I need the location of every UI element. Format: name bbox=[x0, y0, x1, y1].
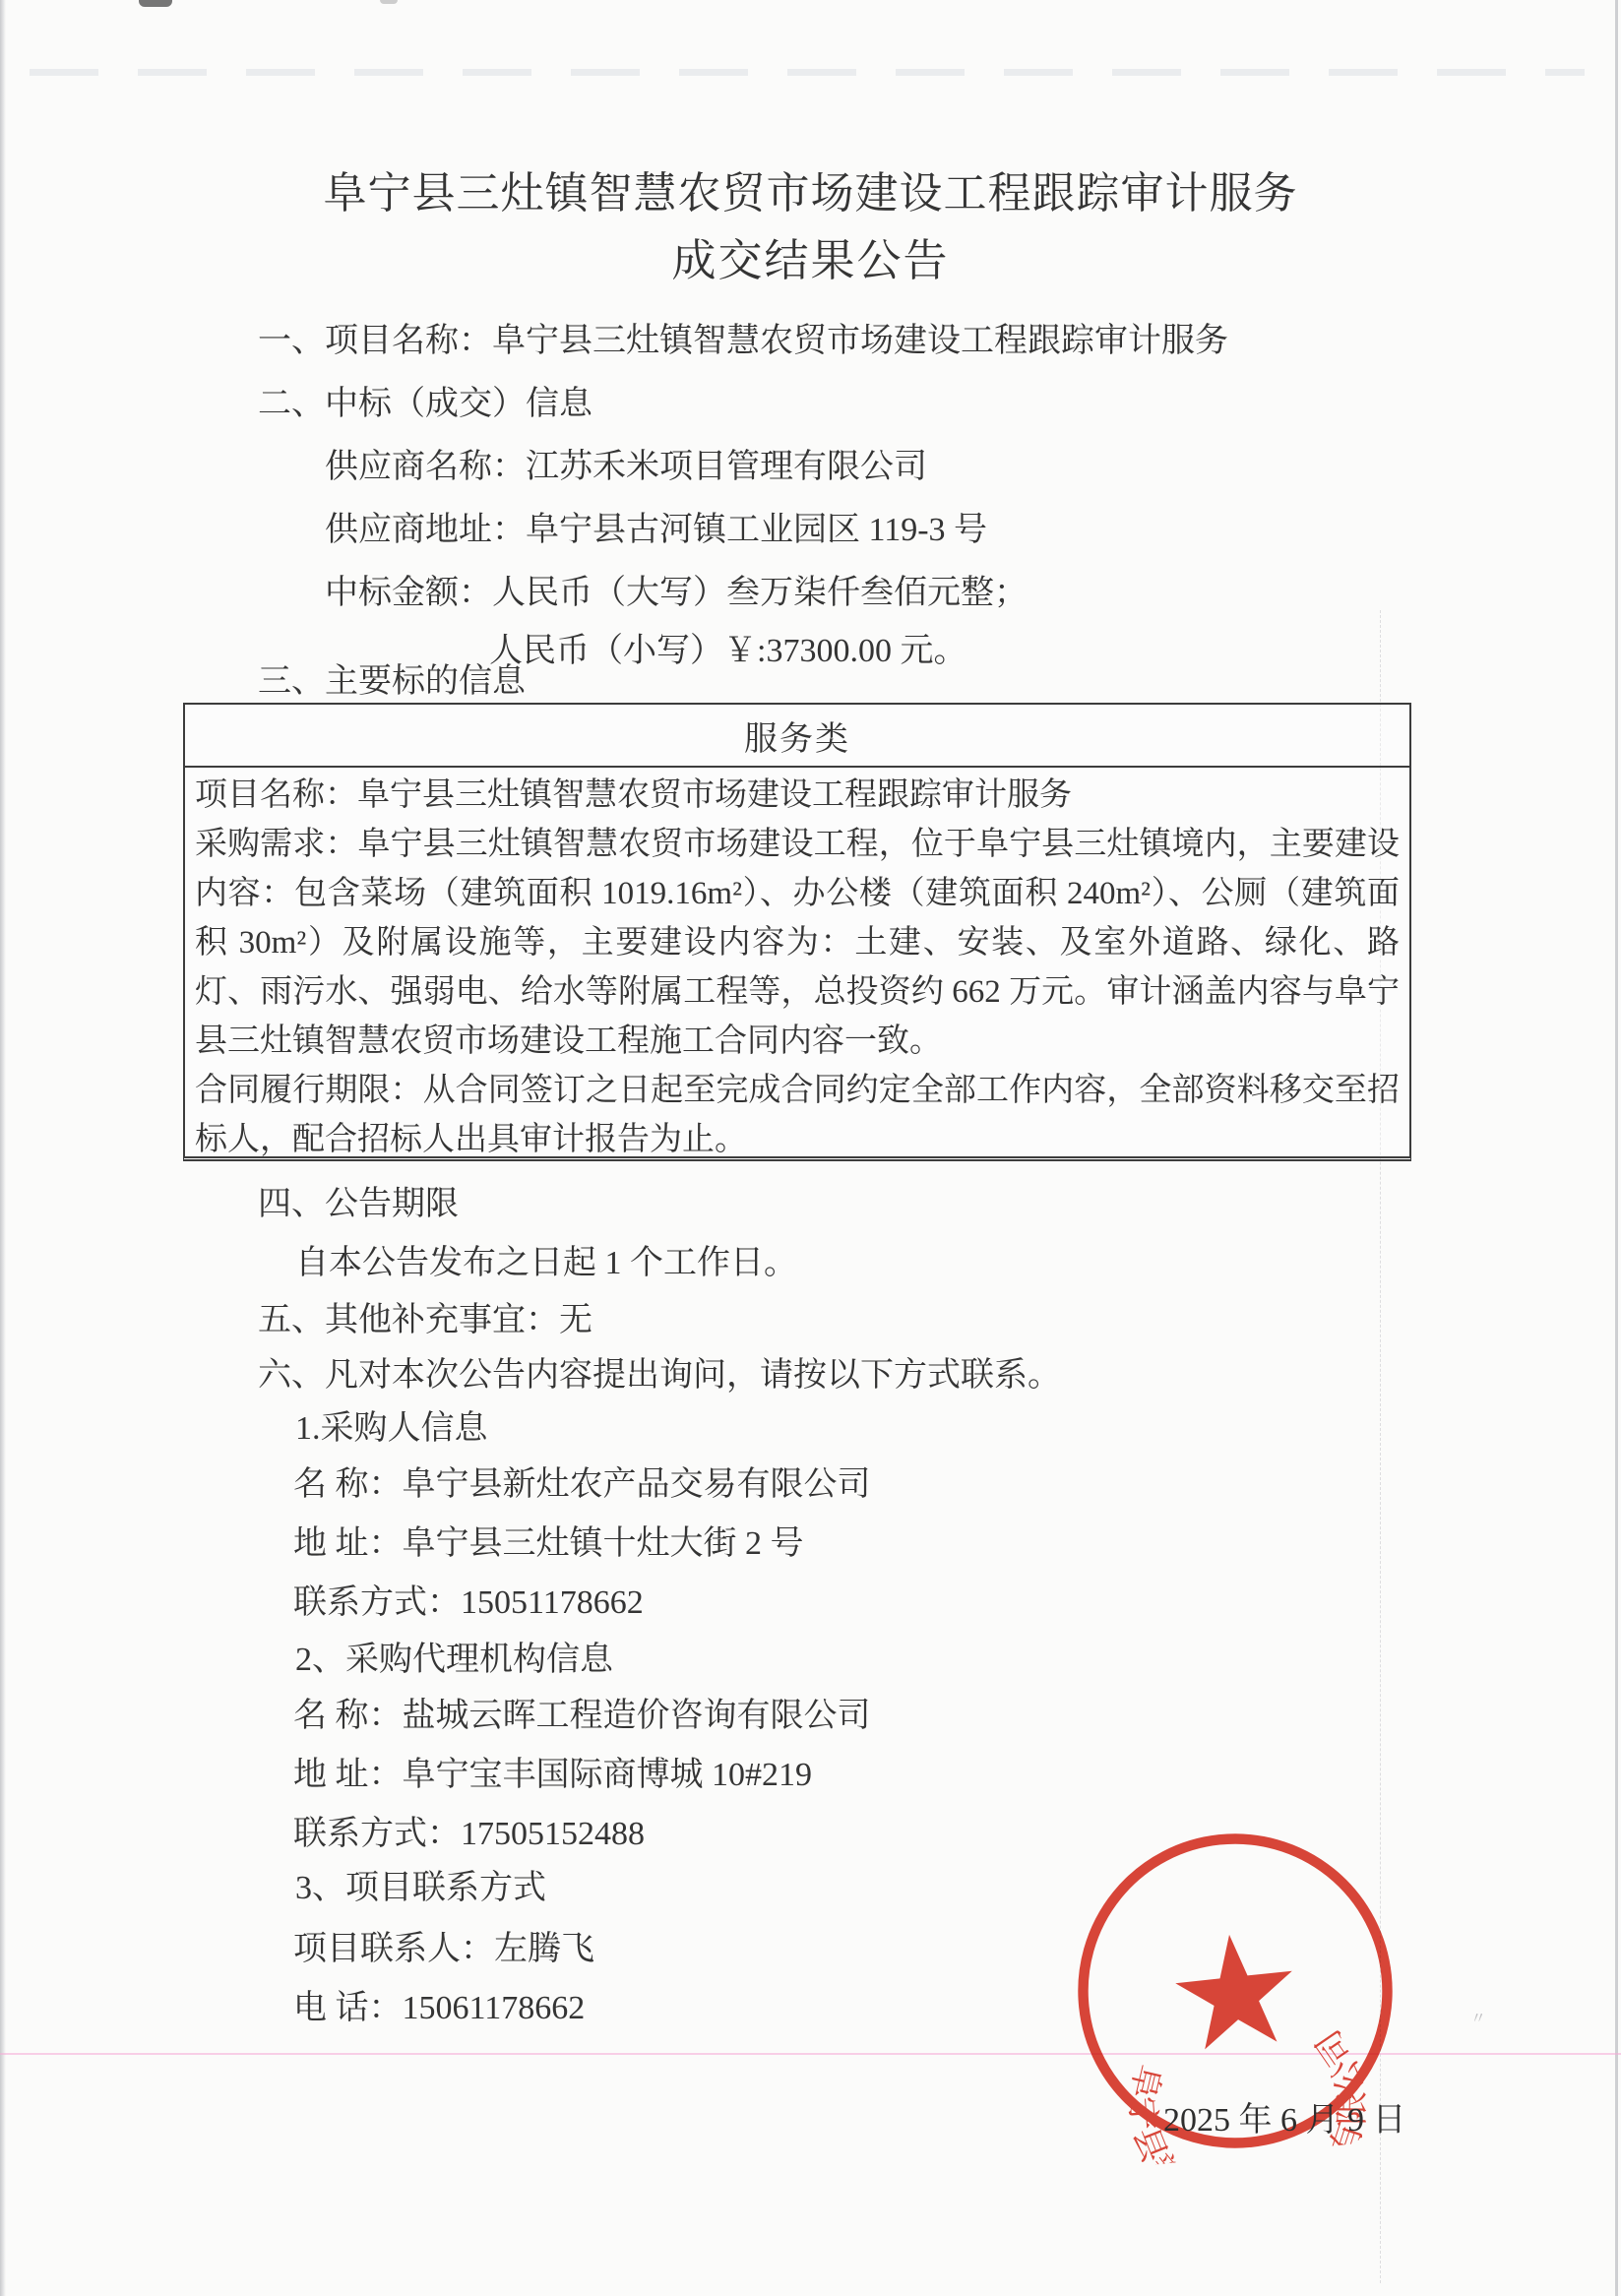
table-body-cell: 项目名称：阜宁县三灶镇智慧农贸市场建设工程跟踪审计服务 采购需求：阜宁县三灶镇智… bbox=[185, 768, 1409, 1164]
table-row: 采购需求：阜宁县三灶镇智慧农贸市场建设工程，位于阜宁县三灶镇境内，主要建设内容：… bbox=[195, 820, 1400, 1066]
agency-contact: 联系方式：17505152488 bbox=[293, 1816, 645, 1852]
table-header-cell: 服务类 bbox=[185, 705, 1409, 768]
scan-edge-right bbox=[1615, 0, 1618, 2296]
scan-edge-left bbox=[0, 0, 6, 2296]
section-5-other-matters: 五、其他补充事宜：无 bbox=[258, 1302, 592, 1338]
section-4-notice-period: 四、公告期限 bbox=[258, 1186, 459, 1222]
items-table: 服务类 项目名称：阜宁县三灶镇智慧农贸市场建设工程跟踪审计服务 采购需求：阜宁县… bbox=[183, 703, 1411, 1161]
scan-smudge-top-2 bbox=[380, 0, 398, 4]
table-row: 合同履行期限：从合同签订之日起至完成合同约定全部工作内容，全部资料移交至招标人，… bbox=[195, 1066, 1400, 1164]
document-page: 〃 阜宁县三灶镇智慧农贸市场建设工程跟踪审计服务 成交结果公告 一、项目名称：阜… bbox=[0, 0, 1621, 2296]
scan-smudge-top bbox=[139, 0, 172, 7]
supplier-name-line: 供应商名称：江苏禾米项目管理有限公司 bbox=[325, 449, 927, 485]
section-4-body: 自本公告发布之日起 1 个工作日。 bbox=[295, 1245, 797, 1281]
agency-address: 地 址：阜宁宝丰国际商博城 10#219 bbox=[293, 1757, 812, 1793]
project-contact-person: 项目联系人：左腾飞 bbox=[293, 1931, 594, 1967]
bid-amount-words-line: 中标金额：人民币（大写）叁万柒仟叁佰元整； bbox=[325, 575, 1028, 611]
project-contact-heading: 3、项目联系方式 bbox=[295, 1870, 546, 1906]
scan-pencil-mark: 〃 bbox=[1470, 2006, 1492, 2027]
section-3-subject-info: 三、主要标的信息 bbox=[258, 663, 526, 700]
table-row: 项目名称：阜宁县三灶镇智慧农贸市场建设工程跟踪审计服务 bbox=[195, 771, 1400, 820]
section-1-project-name: 一、项目名称：阜宁县三灶镇智慧农贸市场建设工程跟踪审计服务 bbox=[258, 323, 1228, 359]
page-title: 阜宁县三灶镇智慧农贸市场建设工程跟踪审计服务 bbox=[0, 157, 1621, 220]
purchaser-name: 名 称：阜宁县新灶农产品交易有限公司 bbox=[293, 1466, 871, 1503]
scan-band-artifact bbox=[30, 69, 1585, 76]
supplier-address-line: 供应商地址：阜宁县古河镇工业园区 119-3 号 bbox=[325, 512, 987, 548]
bid-amount-figures-line: 人民币（小写）￥:37300.00 元。 bbox=[489, 633, 966, 669]
agency-heading: 2、采购代理机构信息 bbox=[295, 1642, 613, 1678]
page-subtitle: 成交结果公告 bbox=[0, 224, 1621, 288]
purchaser-heading: 1.采购人信息 bbox=[295, 1410, 488, 1447]
project-contact-phone: 电 话：15061178662 bbox=[293, 1990, 585, 2026]
seal-star-icon bbox=[1171, 1929, 1299, 2052]
agency-name: 名 称：盐城云晖工程造价咨询有限公司 bbox=[293, 1698, 871, 1734]
announcement-date: 2025 年 6 月 9 日 bbox=[1163, 2092, 1406, 2141]
section-2-award-info: 二、中标（成交）信息 bbox=[258, 386, 592, 422]
purchaser-contact: 联系方式：15051178662 bbox=[293, 1584, 644, 1621]
section-6-inquiries: 六、凡对本次公告内容提出询问，请按以下方式联系。 bbox=[258, 1357, 1061, 1394]
purchaser-address: 地 址：阜宁县三灶镇十灶大街 2 号 bbox=[293, 1525, 804, 1562]
